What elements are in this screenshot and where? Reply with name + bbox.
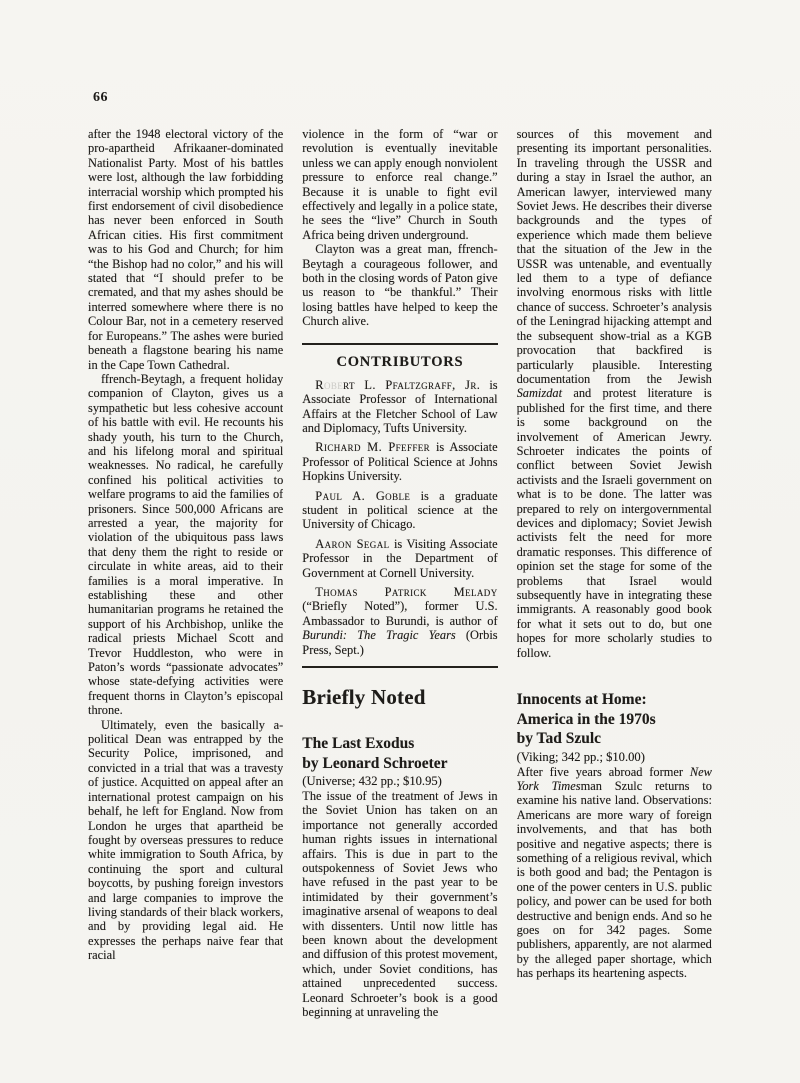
contributor-name-part: R [315,378,324,392]
contributors-section: CONTRIBUTORS Robert L. Pfaltzgraff, Jr. … [302,343,497,668]
contributors-heading: CONTRIBUTORS [302,354,497,371]
review-byline: by Leonard Schroeter [302,755,447,772]
column-middle: violence in the form of “war or revoluti… [302,127,497,1027]
contributor-name: Robert L. Pfaltzgraff, Jr. [315,378,480,392]
contributor-name-faded: obe [324,378,343,392]
review-title-line: The Last Exodus [302,735,414,752]
contributor-name: Thomas Patrick Melady [315,585,497,599]
page-number: 66 [93,90,108,106]
contributor-entry: Aaron Segal is Visiting Associate Profes… [302,537,497,580]
review-title-line: Innocents at Home: [517,691,647,708]
section-rule-bottom [302,666,497,668]
text-columns: after the 1948 electoral victory of the … [88,127,712,1027]
body-segment: After five years abroad former [517,765,690,779]
review-body: The issue of the treatment of Jews in th… [302,789,497,1020]
magazine-page: 66 after the 1948 electoral victory of t… [0,0,800,1083]
contributor-entry: Richard M. Pfeffer is Associate Professo… [302,440,497,483]
review-title: The Last Exodusby Leonard Schroeter [302,734,497,773]
review-pub-info: (Universe; 432 pp.; $10.95) [302,774,497,789]
review-title: Innocents at Home:America in the 1970sby… [517,690,712,749]
body-segment: and protest literature is published for … [517,386,712,659]
paragraph: ffrench-Beytagh, a frequent holiday comp… [88,372,283,718]
contributor-entry: Paul A. Goble is a graduate student in p… [302,489,497,532]
samizdat-italic: Samizdat [517,386,562,400]
column-left: after the 1948 electoral victory of the … [88,127,283,1027]
review-title-line: America in the 1970s [517,711,656,728]
contributor-name: Richard M. Pfeffer [315,440,430,454]
review-body-continuation: sources of this movement and presenting … [517,127,712,660]
briefly-noted-heading: Briefly Noted [302,685,497,710]
section-rule-top [302,343,497,345]
paragraph: violence in the form of “war or revoluti… [302,127,497,242]
review-pub-info: (Viking; 342 pp.; $10.00) [517,750,712,765]
contributor-entry: Thomas Patrick Melady (“Briefly Noted”),… [302,585,497,657]
contributor-name: Paul A. Goble [315,489,410,503]
contributor-bio: (“Briefly Noted”), former U.S. Ambassado… [302,599,497,627]
body-segment: sources of this movement and presenting … [517,127,712,386]
paragraph: Ultimately, even the basically a-politic… [88,718,283,963]
contributor-name: Aaron Segal [315,537,389,551]
book-title-italic: Burundi: The Tragic Years [302,628,455,642]
body-segment: man Szulc returns to examine his native … [517,779,712,980]
contributor-name-part: rt L. Pfaltzgraff, Jr. [343,378,480,392]
review-byline: by Tad Szulc [517,730,601,747]
contributor-entry: Robert L. Pfaltzgraff, Jr. is Associate … [302,378,497,436]
column-right: sources of this movement and presenting … [517,127,712,1027]
paragraph: after the 1948 electoral victory of the … [88,127,283,372]
review-body: After five years abroad former New York … [517,765,712,981]
paragraph: Clayton was a great man, ffrench-Beytagh… [302,242,497,328]
